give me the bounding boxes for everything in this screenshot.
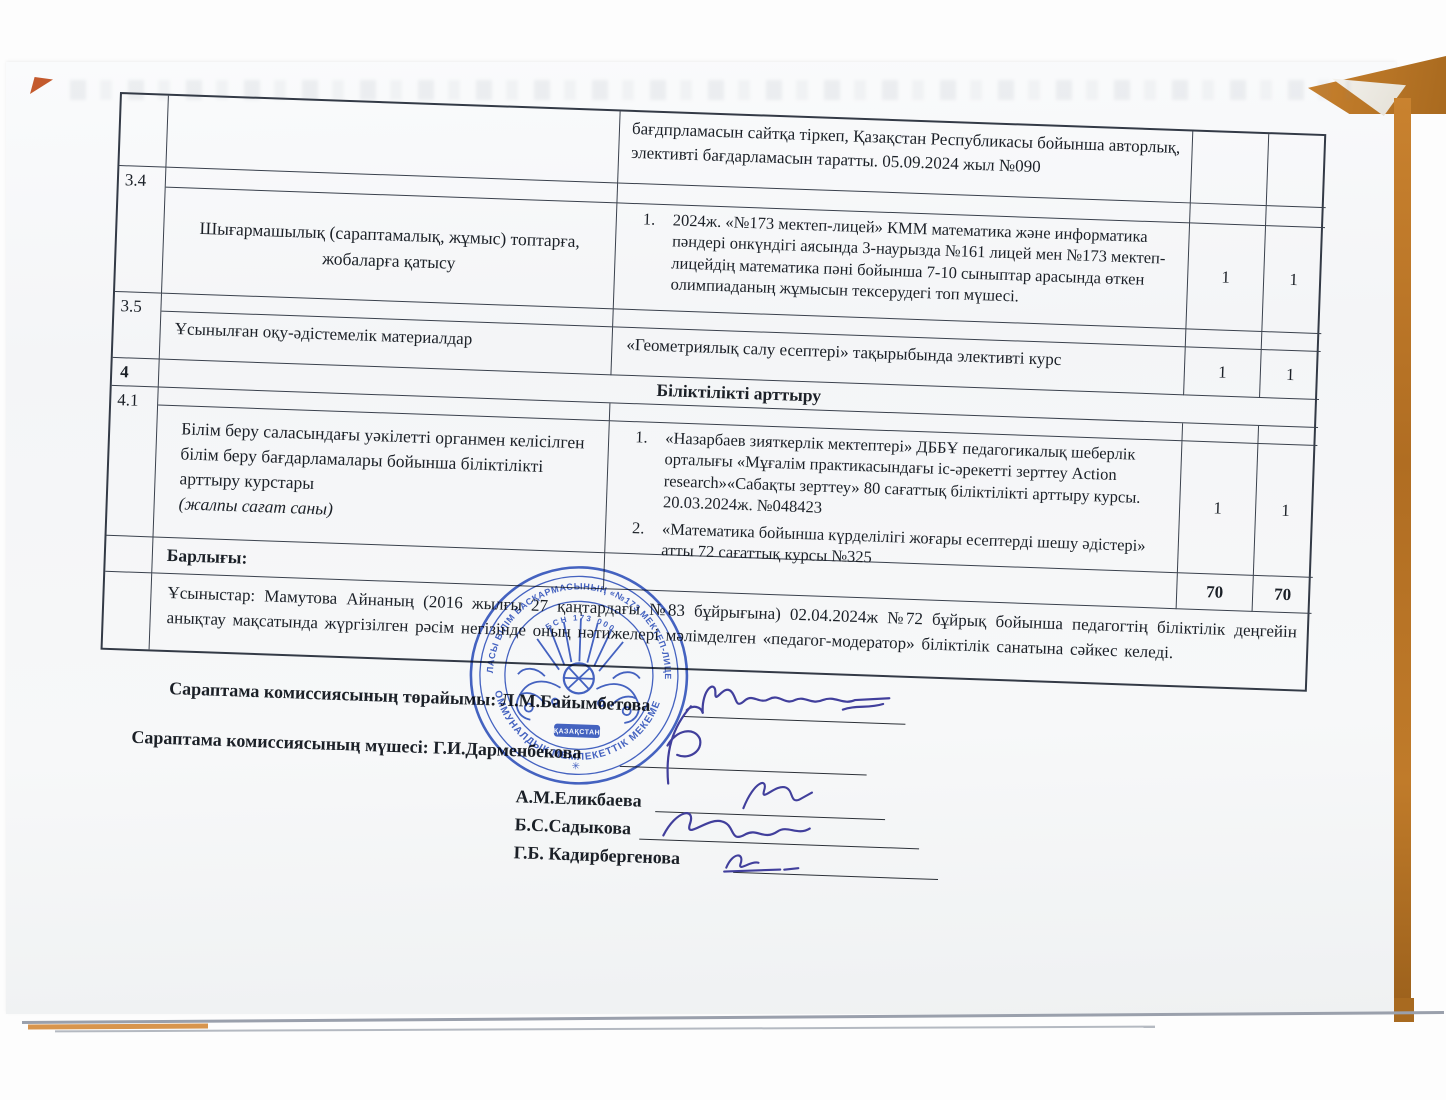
cell-score-3-4-b: 1 <box>1262 226 1325 334</box>
list-item-text: «Назарбаев зияткерлік мектептері» ДББҰ п… <box>663 427 1174 530</box>
list-item: 1. «Назарбаев зияткерлік мектептері» ДББ… <box>625 426 1174 531</box>
cell-strip <box>1258 426 1318 446</box>
cell-number-4-1: 4.1 <box>107 386 159 538</box>
title-4-1-note: (жалпы сағат саны) <box>178 493 333 518</box>
qualification-table: бағдпрламасын сайтқа тіркеп, Қазақстан Р… <box>101 92 1327 692</box>
document-content: бағдпрламасын сайтқа тіркеп, Қазақстан Р… <box>86 92 1326 1094</box>
desk-background-right-edge <box>1394 98 1411 1010</box>
title-4-1-text: Білім беру саласындағы уәкілетті органме… <box>179 418 585 492</box>
cell-score-3-4-a: 1 <box>1186 223 1266 332</box>
cell-title-4-1: Білім беру саласындағы уәкілетті органме… <box>153 406 609 554</box>
member4-handwritten-signature <box>718 841 809 884</box>
member3-label: Б.С.Садыкова <box>514 814 631 839</box>
cell-number-4: 4 <box>112 358 160 388</box>
member4-label: Г.Б. Кадирбергенова <box>513 842 680 869</box>
cell-number-3-4: 3.4 <box>115 166 166 294</box>
cell-empty <box>105 536 153 574</box>
cell-number-3-5: 3.5 <box>113 292 162 360</box>
cell-total-a: 70 <box>1177 573 1254 612</box>
cell-strip <box>1190 203 1267 226</box>
cell-empty <box>119 94 168 168</box>
cell-score-4-1-a: 1 <box>1178 441 1259 576</box>
cell-empty <box>103 572 153 650</box>
stamp-star: ✳ <box>571 761 580 772</box>
cell-strip <box>1262 332 1322 352</box>
stamp-coat-of-arms <box>516 616 642 723</box>
list-item-number: 1. <box>625 426 666 513</box>
stamp-middle-ring <box>477 573 682 778</box>
desk-background-bottom-right <box>1394 998 1414 1022</box>
list-item: 1. 2024ж. «№173 мектеп-лицей» КММ матема… <box>632 208 1181 313</box>
cell-details-3-4: 1. 2024ж. «№173 мектеп-лицей» КММ матема… <box>614 203 1190 329</box>
list-item-number: 1. <box>632 208 673 295</box>
cell-empty <box>1191 131 1269 206</box>
cell-strip <box>1266 206 1326 228</box>
cell-score-3-5-a: 1 <box>1184 347 1262 398</box>
cell-score-4-1-b: 1 <box>1254 444 1318 578</box>
cell-title-3-4: Шығармашылық (сараптамалық, жұмыс) топта… <box>162 188 617 310</box>
list-item-text: 2024ж. «№173 мектеп-лицей» КММ математик… <box>670 209 1181 312</box>
cell-score-3-5-b: 1 <box>1260 350 1321 400</box>
cell-empty <box>1267 134 1328 208</box>
official-round-stamp: ҚАЛАСЫ БІЛІМ БАСҚАРМАСЫНЫҢ «№173 МЕКТЕП-… <box>456 552 702 798</box>
cell-details-4-1: 1. «Назарбаев зияткерлік мектептері» ДББ… <box>605 421 1182 573</box>
cell-total-b: 70 <box>1253 576 1313 614</box>
